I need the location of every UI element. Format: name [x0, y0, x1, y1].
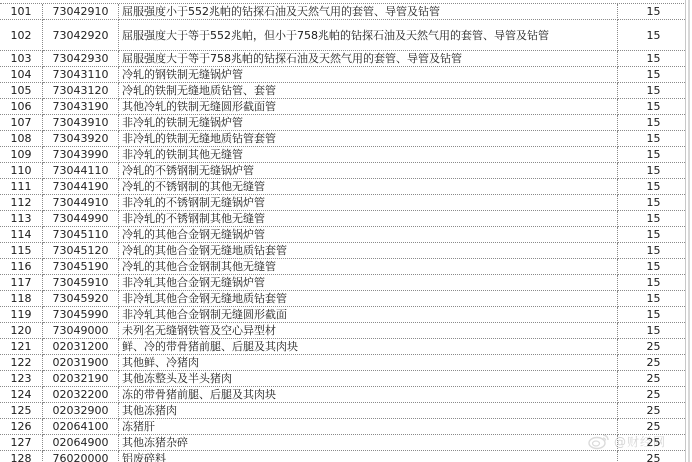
product-description-cell: 其他冻猪杂碎 [119, 435, 618, 451]
row-number-cell: 123 [0, 371, 43, 387]
tariff-code-cell: 73042910 [43, 4, 119, 20]
table-row: 11073044110冷轧的不锈钢制无缝锅炉管15 [0, 163, 689, 179]
tariff-rate-cell: 25 [618, 339, 690, 355]
product-description-cell: 非冷轧其他合金钢无缝地质钻套管 [119, 291, 618, 307]
tariff-rate-cell: 25 [618, 451, 690, 462]
row-number-cell: 119 [0, 307, 43, 323]
tariff-code-cell: 73044910 [43, 195, 119, 211]
tariff-code-cell: 73045190 [43, 259, 119, 275]
table-row: 12302032190其他冻整头及半头猪肉25 [0, 371, 689, 387]
product-description-cell: 冷轧的其他合金钢无缝地质钻套管 [119, 243, 618, 259]
row-number-cell: 124 [0, 387, 43, 403]
tariff-code-cell: 73043120 [43, 83, 119, 99]
product-description-cell: 未列名无缝钢铁管及空心异型材 [119, 323, 618, 339]
tariff-code-cell: 73043990 [43, 147, 119, 163]
table-row: 11273044910非冷轧的不锈钢制无缝锅炉管15 [0, 195, 689, 211]
table-row: 11673045190冷轧的其他合金钢制其他无缝管15 [0, 259, 689, 275]
tariff-code-cell: 73045990 [43, 307, 119, 323]
tariff-code-cell: 73044190 [43, 179, 119, 195]
product-description-cell: 非冷轧其他合金钢无缝锅炉管 [119, 275, 618, 291]
tariff-rate-cell: 15 [618, 323, 690, 339]
tariff-code-cell: 02032900 [43, 403, 119, 419]
tariff-code-cell: 02031200 [43, 339, 119, 355]
product-description-cell: 非冷轧的铁制其他无缝管 [119, 147, 618, 163]
row-number-cell: 120 [0, 323, 43, 339]
product-description-cell: 屈服强度大于等于758兆帕的钻探石油及天然气用的套管、导管及钻管 [119, 51, 618, 67]
product-description-cell: 冻猪肝 [119, 419, 618, 435]
row-number-cell: 107 [0, 115, 43, 131]
tariff-rate-cell: 25 [618, 387, 690, 403]
tariff-rate-cell: 15 [618, 4, 690, 20]
tariff-code-cell: 73043110 [43, 67, 119, 83]
tariff-rate-cell: 25 [618, 371, 690, 387]
tariff-code-cell: 73043920 [43, 131, 119, 147]
product-description-cell: 冷轧的其他合金钢制其他无缝管 [119, 259, 618, 275]
tariff-rate-cell: 25 [618, 403, 690, 419]
product-description-cell: 非冷轧的铁制无缝地质钻管套管 [119, 131, 618, 147]
table-row: 12502032900其他冻猪肉25 [0, 403, 689, 419]
product-description-cell: 冷轧的钢铁制无缝锅炉管 [119, 67, 618, 83]
row-number-cell: 116 [0, 259, 43, 275]
product-description-cell: 铝废碎料 [119, 451, 618, 462]
tariff-rate-cell: 25 [618, 355, 690, 371]
row-number-cell: 109 [0, 147, 43, 163]
row-number-cell: 122 [0, 355, 43, 371]
tariff-code-cell: 73045920 [43, 291, 119, 307]
table-row: 12402032200冻的带骨猪前腿、后腿及其肉块25 [0, 387, 689, 403]
row-number-cell: 125 [0, 403, 43, 419]
row-number-cell: 115 [0, 243, 43, 259]
page-right-edge [685, 0, 692, 462]
tariff-rate-cell: 15 [618, 243, 690, 259]
tariff-rate-cell: 15 [618, 291, 690, 307]
table-row: 12202031900其他鲜、冷猪肉25 [0, 355, 689, 371]
tariff-table-sheet: 10173042910屈服强度小于552兆帕的钻探石油及天然气用的套管、导管及钻… [0, 3, 686, 462]
table-row: 10573043120冷轧的铁制无缝地质钻管、套管15 [0, 83, 689, 99]
row-number-cell: 113 [0, 211, 43, 227]
tariff-code-cell: 73043910 [43, 115, 119, 131]
tariff-rate-cell: 15 [618, 51, 690, 67]
product-description-cell: 其他鲜、冷猪肉 [119, 355, 618, 371]
tariff-code-cell: 73045910 [43, 275, 119, 291]
table-row: 12702064900其他冻猪杂碎25 [0, 435, 689, 451]
tariff-rate-cell: 15 [618, 227, 690, 243]
tariff-rate-cell: 15 [618, 20, 690, 51]
tariff-code-cell: 73043190 [43, 99, 119, 115]
tariff-code-cell: 73045120 [43, 243, 119, 259]
tariff-code-cell: 73042930 [43, 51, 119, 67]
table-row: 10873043920非冷轧的铁制无缝地质钻管套管15 [0, 131, 689, 147]
table-row: 11473045110冷轧的其他合金钢无缝锅炉管15 [0, 227, 689, 243]
product-description-cell: 屈服强度大于等于552兆帕，但小于758兆帕的钻探石油及天然气用的套管、导管及钻… [119, 20, 618, 51]
tariff-rate-cell: 25 [618, 435, 690, 451]
product-description-cell: 冷轧的不锈钢制的其他无缝管 [119, 179, 618, 195]
table-row: 10973043990非冷轧的铁制其他无缝管15 [0, 147, 689, 163]
row-number-cell: 114 [0, 227, 43, 243]
table-row: 11373044990非冷轧的不锈钢制其他无缝管15 [0, 211, 689, 227]
tariff-code-cell: 02032200 [43, 387, 119, 403]
table-row: 11873045920非冷轧其他合金钢无缝地质钻套管15 [0, 291, 689, 307]
tariff-rate-cell: 25 [618, 419, 690, 435]
table-row: 12602064100冻猪肝25 [0, 419, 689, 435]
tariff-rate-cell: 15 [618, 179, 690, 195]
tariff-rate-cell: 15 [618, 275, 690, 291]
tariff-table-body: 10173042910屈服强度小于552兆帕的钻探石油及天然气用的套管、导管及钻… [0, 4, 689, 462]
product-description-cell: 鲜、冷的带骨猪前腿、后腿及其肉块 [119, 339, 618, 355]
product-description-cell: 冷轧的其他合金钢无缝锅炉管 [119, 227, 618, 243]
product-description-cell: 非冷轧的不锈钢制无缝锅炉管 [119, 195, 618, 211]
table-row: 12073049000未列名无缝钢铁管及空心异型材15 [0, 323, 689, 339]
tariff-rate-cell: 15 [618, 131, 690, 147]
row-number-cell: 121 [0, 339, 43, 355]
row-number-cell: 118 [0, 291, 43, 307]
row-number-cell: 126 [0, 419, 43, 435]
table-row: 11173044190冷轧的不锈钢制的其他无缝管15 [0, 179, 689, 195]
tariff-table: 10173042910屈服强度小于552兆帕的钻探石油及天然气用的套管、导管及钻… [0, 4, 689, 462]
tariff-rate-cell: 15 [618, 99, 690, 115]
table-row: 10173042910屈服强度小于552兆帕的钻探石油及天然气用的套管、导管及钻… [0, 4, 689, 20]
tariff-rate-cell: 15 [618, 163, 690, 179]
tariff-code-cell: 73045110 [43, 227, 119, 243]
row-number-cell: 128 [0, 451, 43, 462]
row-number-cell: 111 [0, 179, 43, 195]
tariff-rate-cell: 15 [618, 211, 690, 227]
table-row: 11773045910非冷轧其他合金钢无缝锅炉管15 [0, 275, 689, 291]
product-description-cell: 非冷轧其他合金钢制无缝圆形截面 [119, 307, 618, 323]
product-description-cell: 其他冷轧的铁制无缝圆形截面管 [119, 99, 618, 115]
row-number-cell: 110 [0, 163, 43, 179]
row-number-cell: 106 [0, 99, 43, 115]
row-number-cell: 104 [0, 67, 43, 83]
row-number-cell: 105 [0, 83, 43, 99]
tariff-rate-cell: 15 [618, 147, 690, 163]
product-description-cell: 非冷轧的不锈钢制其他无缝管 [119, 211, 618, 227]
tariff-code-cell: 73042920 [43, 20, 119, 51]
tariff-code-cell: 02064100 [43, 419, 119, 435]
product-description-cell: 冷轧的不锈钢制无缝锅炉管 [119, 163, 618, 179]
row-number-cell: 108 [0, 131, 43, 147]
product-description-cell: 冻的带骨猪前腿、后腿及其肉块 [119, 387, 618, 403]
table-row: 10473043110冷轧的钢铁制无缝锅炉管15 [0, 67, 689, 83]
row-number-cell: 127 [0, 435, 43, 451]
row-number-cell: 101 [0, 4, 43, 20]
tariff-code-cell: 76020000 [43, 451, 119, 462]
tariff-rate-cell: 15 [618, 259, 690, 275]
product-description-cell: 非冷轧的铁制无缝锅炉管 [119, 115, 618, 131]
tariff-code-cell: 02064900 [43, 435, 119, 451]
tariff-rate-cell: 15 [618, 195, 690, 211]
table-row: 12876020000铝废碎料25 [0, 451, 689, 462]
tariff-code-cell: 73049000 [43, 323, 119, 339]
table-row: 10673043190其他冷轧的铁制无缝圆形截面管15 [0, 99, 689, 115]
table-row: 10273042920屈服强度大于等于552兆帕，但小于758兆帕的钻探石油及天… [0, 20, 689, 51]
tariff-rate-cell: 15 [618, 83, 690, 99]
product-description-cell: 冷轧的铁制无缝地质钻管、套管 [119, 83, 618, 99]
table-row: 10373042930屈服强度大于等于758兆帕的钻探石油及天然气用的套管、导管… [0, 51, 689, 67]
product-description-cell: 其他冻猪肉 [119, 403, 618, 419]
tariff-code-cell: 73044990 [43, 211, 119, 227]
product-description-cell: 其他冻整头及半头猪肉 [119, 371, 618, 387]
table-row: 10773043910非冷轧的铁制无缝锅炉管15 [0, 115, 689, 131]
tariff-rate-cell: 15 [618, 307, 690, 323]
tariff-rate-cell: 15 [618, 67, 690, 83]
tariff-code-cell: 02031900 [43, 355, 119, 371]
table-row: 12102031200鲜、冷的带骨猪前腿、后腿及其肉块25 [0, 339, 689, 355]
row-number-cell: 117 [0, 275, 43, 291]
row-number-cell: 102 [0, 20, 43, 51]
row-number-cell: 103 [0, 51, 43, 67]
tariff-rate-cell: 15 [618, 115, 690, 131]
tariff-code-cell: 73044110 [43, 163, 119, 179]
table-row: 11573045120冷轧的其他合金钢无缝地质钻套管15 [0, 243, 689, 259]
tariff-code-cell: 02032190 [43, 371, 119, 387]
product-description-cell: 屈服强度小于552兆帕的钻探石油及天然气用的套管、导管及钻管 [119, 4, 618, 20]
row-number-cell: 112 [0, 195, 43, 211]
table-row: 11973045990非冷轧其他合金钢制无缝圆形截面15 [0, 307, 689, 323]
